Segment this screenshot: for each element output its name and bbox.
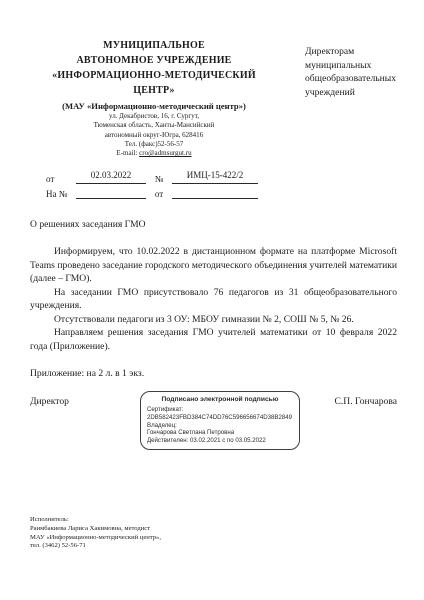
recipient-block: Директорам муниципальных общеобразовател…	[305, 38, 396, 99]
signer-position: Директор	[30, 396, 69, 407]
org-name-line: ЦЕНТР»	[30, 83, 278, 98]
signer-name: С.П. Гончарова	[335, 396, 398, 407]
letter-subject: О решениях заседания ГМО	[30, 219, 397, 230]
reply-from-label: от	[146, 189, 172, 199]
org-name-line: АВТОНОМНОЕ УЧРЕЖДЕНИЕ	[30, 53, 278, 68]
letter-number-field: ИМЦ-15-422/2	[172, 170, 258, 184]
org-address-line: автономный округ-Югра, 628416	[30, 131, 278, 140]
executor-org: МАУ «Информационно-методический центр»,	[30, 534, 161, 543]
number-label: №	[146, 174, 172, 184]
org-name-line: «ИНФОРМАЦИОННО-МЕТОДИЧЕСКИЙ	[30, 68, 278, 83]
executor-block: Исполнитель: Раимбакиева Лариса Хакимовн…	[30, 516, 161, 551]
letterhead: МУНИЦИПАЛЬНОЕ АВТОНОМНОЕ УЧРЕЖДЕНИЕ «ИНФ…	[30, 38, 397, 158]
stamp-owner-label: Владелец:	[147, 422, 293, 430]
stamp-cert-label: Сертификат:	[147, 406, 293, 414]
org-block: МУНИЦИПАЛЬНОЕ АВТОНОМНОЕ УЧРЕЖДЕНИЕ «ИНФ…	[30, 38, 278, 158]
stamp-cert-value: 2DB582423FBD384C74DD76C596656674D38B2849	[147, 414, 293, 422]
recipient-line: муниципальных	[305, 59, 396, 73]
reply-to-label: На №	[46, 189, 76, 199]
body-paragraph: Направляем решения заседания ГМО учителе…	[30, 326, 397, 353]
org-address-line: Тюменская область, Ханты-Мансийский	[30, 121, 278, 130]
reply-reference-row: На № от	[30, 184, 397, 199]
executor-label: Исполнитель:	[30, 516, 161, 525]
org-short-name: (МАУ «Информационно-методический центр»)	[30, 101, 278, 112]
letter-page: МУНИЦИПАЛЬНОЕ АВТОНОМНОЕ УЧРЕЖДЕНИЕ «ИНФ…	[0, 0, 424, 600]
stamp-title: Подписано электронной подписью	[147, 396, 293, 404]
body-paragraph: Информируем, что 10.02.2022 в дистанцион…	[30, 245, 397, 286]
email-link[interactable]: cro@admsurgut.ru	[139, 149, 191, 157]
org-email-line: E-mail: cro@admsurgut.ru	[30, 149, 278, 158]
stamp-owner-value: Гончарова Светлана Петровна	[147, 429, 293, 437]
executor-name: Раимбакиева Лариса Хакимовна, методист	[30, 525, 161, 534]
recipient-line: учреждений	[305, 86, 396, 100]
letter-body: Информируем, что 10.02.2022 в дистанцион…	[30, 245, 397, 353]
reference-block: от 02.03.2022 № ИМЦ-15-422/2 На № от	[30, 169, 397, 199]
letter-date-field: 02.03.2022	[76, 170, 146, 184]
body-paragraph: На заседании ГМО присутствовало 76 педаг…	[30, 286, 397, 313]
stamp-validity: Действителен: 03.02.2021 с по 03.05.2022	[147, 437, 293, 445]
org-address-line: ул. Декабристов, 16, г. Сургут,	[30, 112, 278, 121]
electronic-signature-stamp: Подписано электронной подписью Сертифика…	[140, 391, 300, 450]
signature-block: Директор Подписано электронной подписью …	[30, 396, 397, 462]
reply-number-field	[76, 185, 146, 199]
attachment-note: Приложение: на 2 л. в 1 экз.	[30, 368, 397, 379]
email-label: E-mail:	[116, 149, 137, 157]
recipient-line: Директорам	[305, 45, 396, 59]
org-phone: Тел. (факс)52-56-57	[30, 140, 278, 149]
from-label: от	[46, 174, 76, 184]
outgoing-reference-row: от 02.03.2022 № ИМЦ-15-422/2	[30, 169, 397, 184]
executor-phone: тел. (3462) 52-56-71	[30, 542, 161, 551]
recipient-line: общеобразовательных	[305, 72, 396, 86]
body-paragraph: Отсутствовали педагоги из 3 ОУ: МБОУ гим…	[30, 313, 397, 327]
reply-date-field	[172, 185, 258, 199]
org-name-line: МУНИЦИПАЛЬНОЕ	[30, 38, 278, 53]
